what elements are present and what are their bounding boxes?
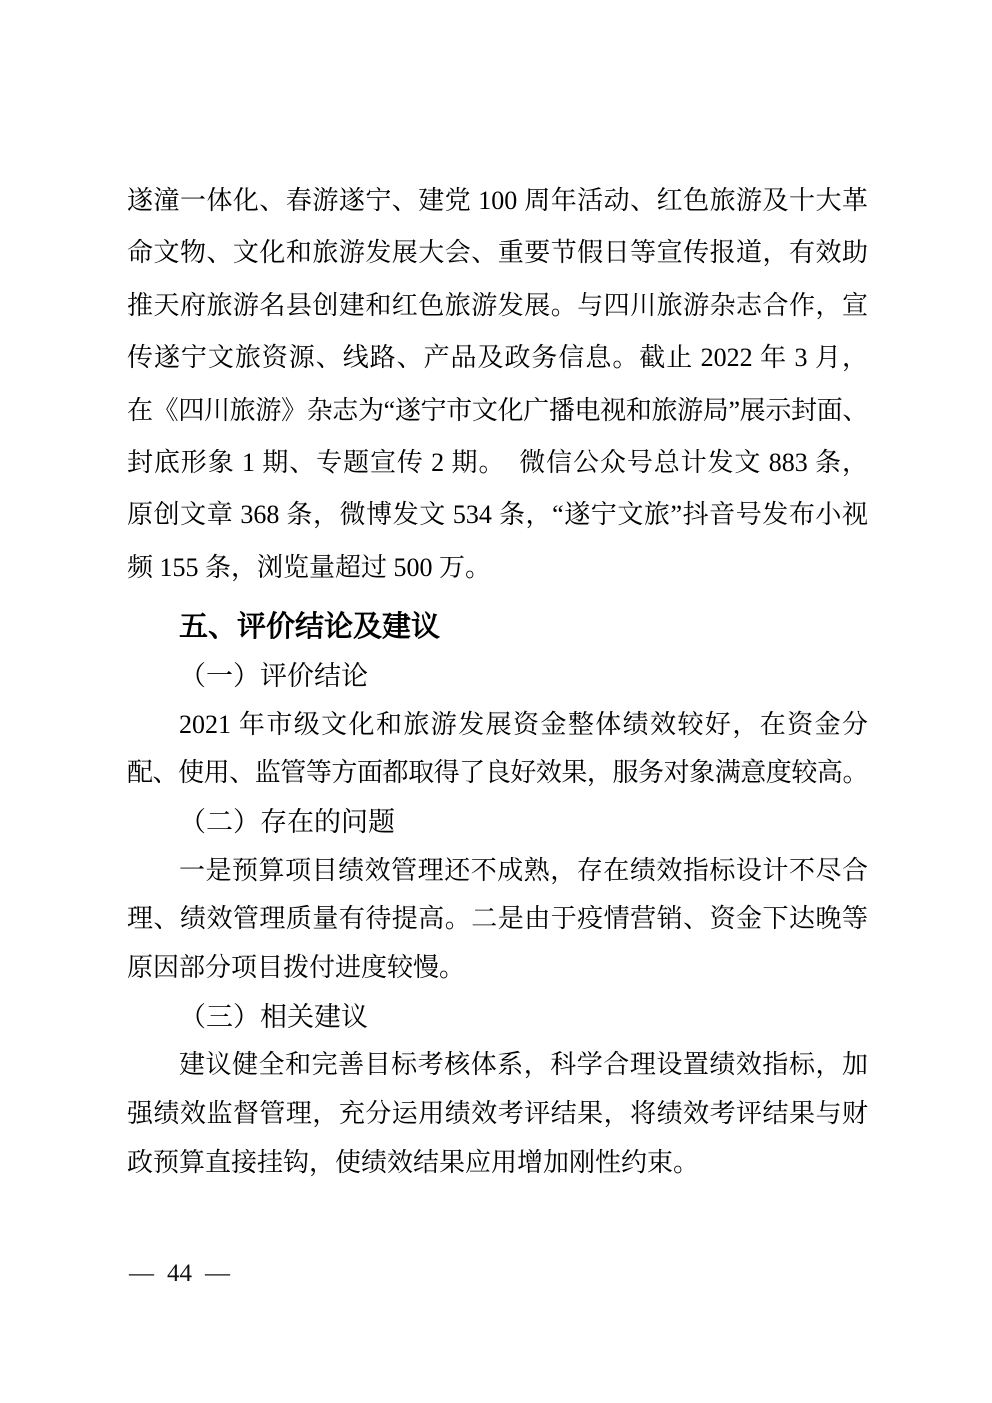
paragraph: 建议健全和完善目标考核体系，科学合理设置绩效指标，加强绩效监督管理，充分运用绩效… [127,1041,868,1187]
text-line: 原创文章 368 条，微博发文 534 条，“遂宁文旅”抖音号发布小视 [127,489,868,541]
text-line: 在《四川旅游》杂志为“遂宁市文化广播电视和旅游局”展示封面、 [127,385,868,437]
text-line: 政预算直接挂钩，使绩效结果应用增加刚性约束。 [127,1139,868,1188]
page-number: 44 [167,1258,192,1290]
text-line: 原因部分项目拨付进度较慢。 [127,944,868,993]
text-line: 传遂宁文旅资源、线路、产品及政务信息。截止 2022 年 3 月， [127,332,868,384]
text-line: 理、绩效管理质量有待提高。二是由于疫情营销、资金下达晚等 [127,895,868,944]
text-line: 推天府旅游名县创建和红色旅游发展。与四川旅游杂志合作，宣 [127,280,868,332]
paragraph: 一是预算项目绩效管理还不成熟，存在绩效指标设计不尽合理、绩效管理质量有待提高。二… [127,847,868,993]
document-page: 遂潼一体化、春游遂宁、建党 100 周年活动、红色旅游及十大革命文物、文化和旅游… [0,0,992,1403]
text-line: 遂潼一体化、春游遂宁、建党 100 周年活动、红色旅游及十大革 [127,175,868,227]
text-line: 命文物、文化和旅游发展大会、重要节假日等宣传报道，有效助 [127,227,868,279]
text-line: 强绩效监督管理，充分运用绩效考评结果，将绩效考评结果与财 [127,1090,868,1139]
subheading: （二）存在的问题 [127,798,868,847]
text-line: 建议健全和完善目标考核体系，科学合理设置绩效指标，加 [127,1041,868,1090]
paragraph: 遂潼一体化、春游遂宁、建党 100 周年活动、红色旅游及十大革命文物、文化和旅游… [127,175,868,594]
text-line: 封底形象 1 期、专题宣传 2 期。 微信公众号总计发文 883 条， [127,437,868,489]
subheading: （三）相关建议 [127,993,868,1042]
subheading: （一）评价结论 [127,652,868,701]
paragraph: 2021 年市级文化和旅游发展资金整体绩效较好，在资金分配、使用、监管等方面都取… [127,701,868,798]
footer-dash-left: — [129,1258,154,1290]
text-line: 频 155 条，浏览量超过 500 万。 [127,542,868,594]
page-footer: — 44 — [129,1258,230,1290]
footer-dash-right: — [205,1258,230,1290]
heading: 五、评价结论及建议 [127,603,868,652]
text-line: 2021 年市级文化和旅游发展资金整体绩效较好，在资金分 [127,701,868,750]
text-line: 配、使用、监管等方面都取得了良好效果，服务对象满意度较高。 [127,749,868,798]
text-line: 一是预算项目绩效管理还不成熟，存在绩效指标设计不尽合 [127,847,868,896]
document-blocks: 遂潼一体化、春游遂宁、建党 100 周年活动、红色旅游及十大革命文物、文化和旅游… [127,175,868,1187]
